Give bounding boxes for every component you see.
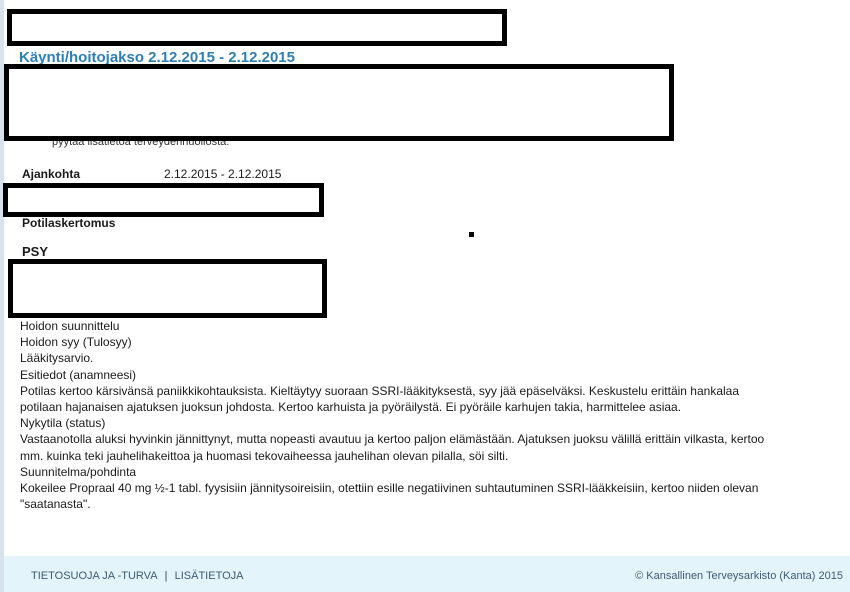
redaction-box (7, 9, 507, 46)
privacy-link[interactable]: TIETOSUOJA JA -TURVA (31, 570, 158, 582)
copyright-text: © Kansallinen Terveysarkisto (Kanta) 201… (635, 570, 843, 582)
entry-line: Suunnitelma/pohdinta (20, 464, 780, 480)
entry-line: Hoidon syy (Tulosyy) (20, 334, 780, 350)
more-info-link[interactable]: LISÄTIETOJA (175, 570, 244, 582)
subsection-heading: PSY (22, 244, 48, 259)
redaction-box (3, 183, 324, 217)
entry-text: Hoidon suunnittelu Hoidon syy (Tulosyy) … (20, 318, 780, 512)
redaction-box (8, 259, 327, 318)
section-heading: Potilaskertomus (22, 216, 115, 230)
entry-paragraph: Vastaanotolla aluksi hyvinkin jännittyny… (20, 431, 780, 463)
footer-links: TIETOSUOJA JA -TURVA|LISÄTIETOJA (31, 570, 243, 582)
stray-dot-mark (469, 232, 474, 237)
redaction-box (4, 64, 674, 141)
entry-line: Esitiedot (anamneesi) (20, 367, 780, 383)
entry-paragraph: Kokeilee Propraal 40 mg ½-1 tabl. fyysis… (20, 480, 780, 512)
ajankohta-value: 2.12.2015 - 2.12.2015 (164, 167, 281, 181)
footer: TIETOSUOJA JA -TURVA|LISÄTIETOJA © Kansa… (4, 556, 850, 592)
ajankohta-row: Ajankohta2.12.2015 - 2.12.2015 (22, 167, 281, 181)
entry-line: Hoidon suunnittelu (20, 318, 780, 334)
entry-line: Nykytila (status) (20, 415, 780, 431)
entry-paragraph: Potilas kertoo kärsivänsä paniikkikohtau… (20, 383, 780, 415)
footer-separator: | (165, 570, 168, 582)
ajankohta-label: Ajankohta (22, 167, 164, 181)
entry-line: Lääkitysarvio. (20, 350, 780, 366)
